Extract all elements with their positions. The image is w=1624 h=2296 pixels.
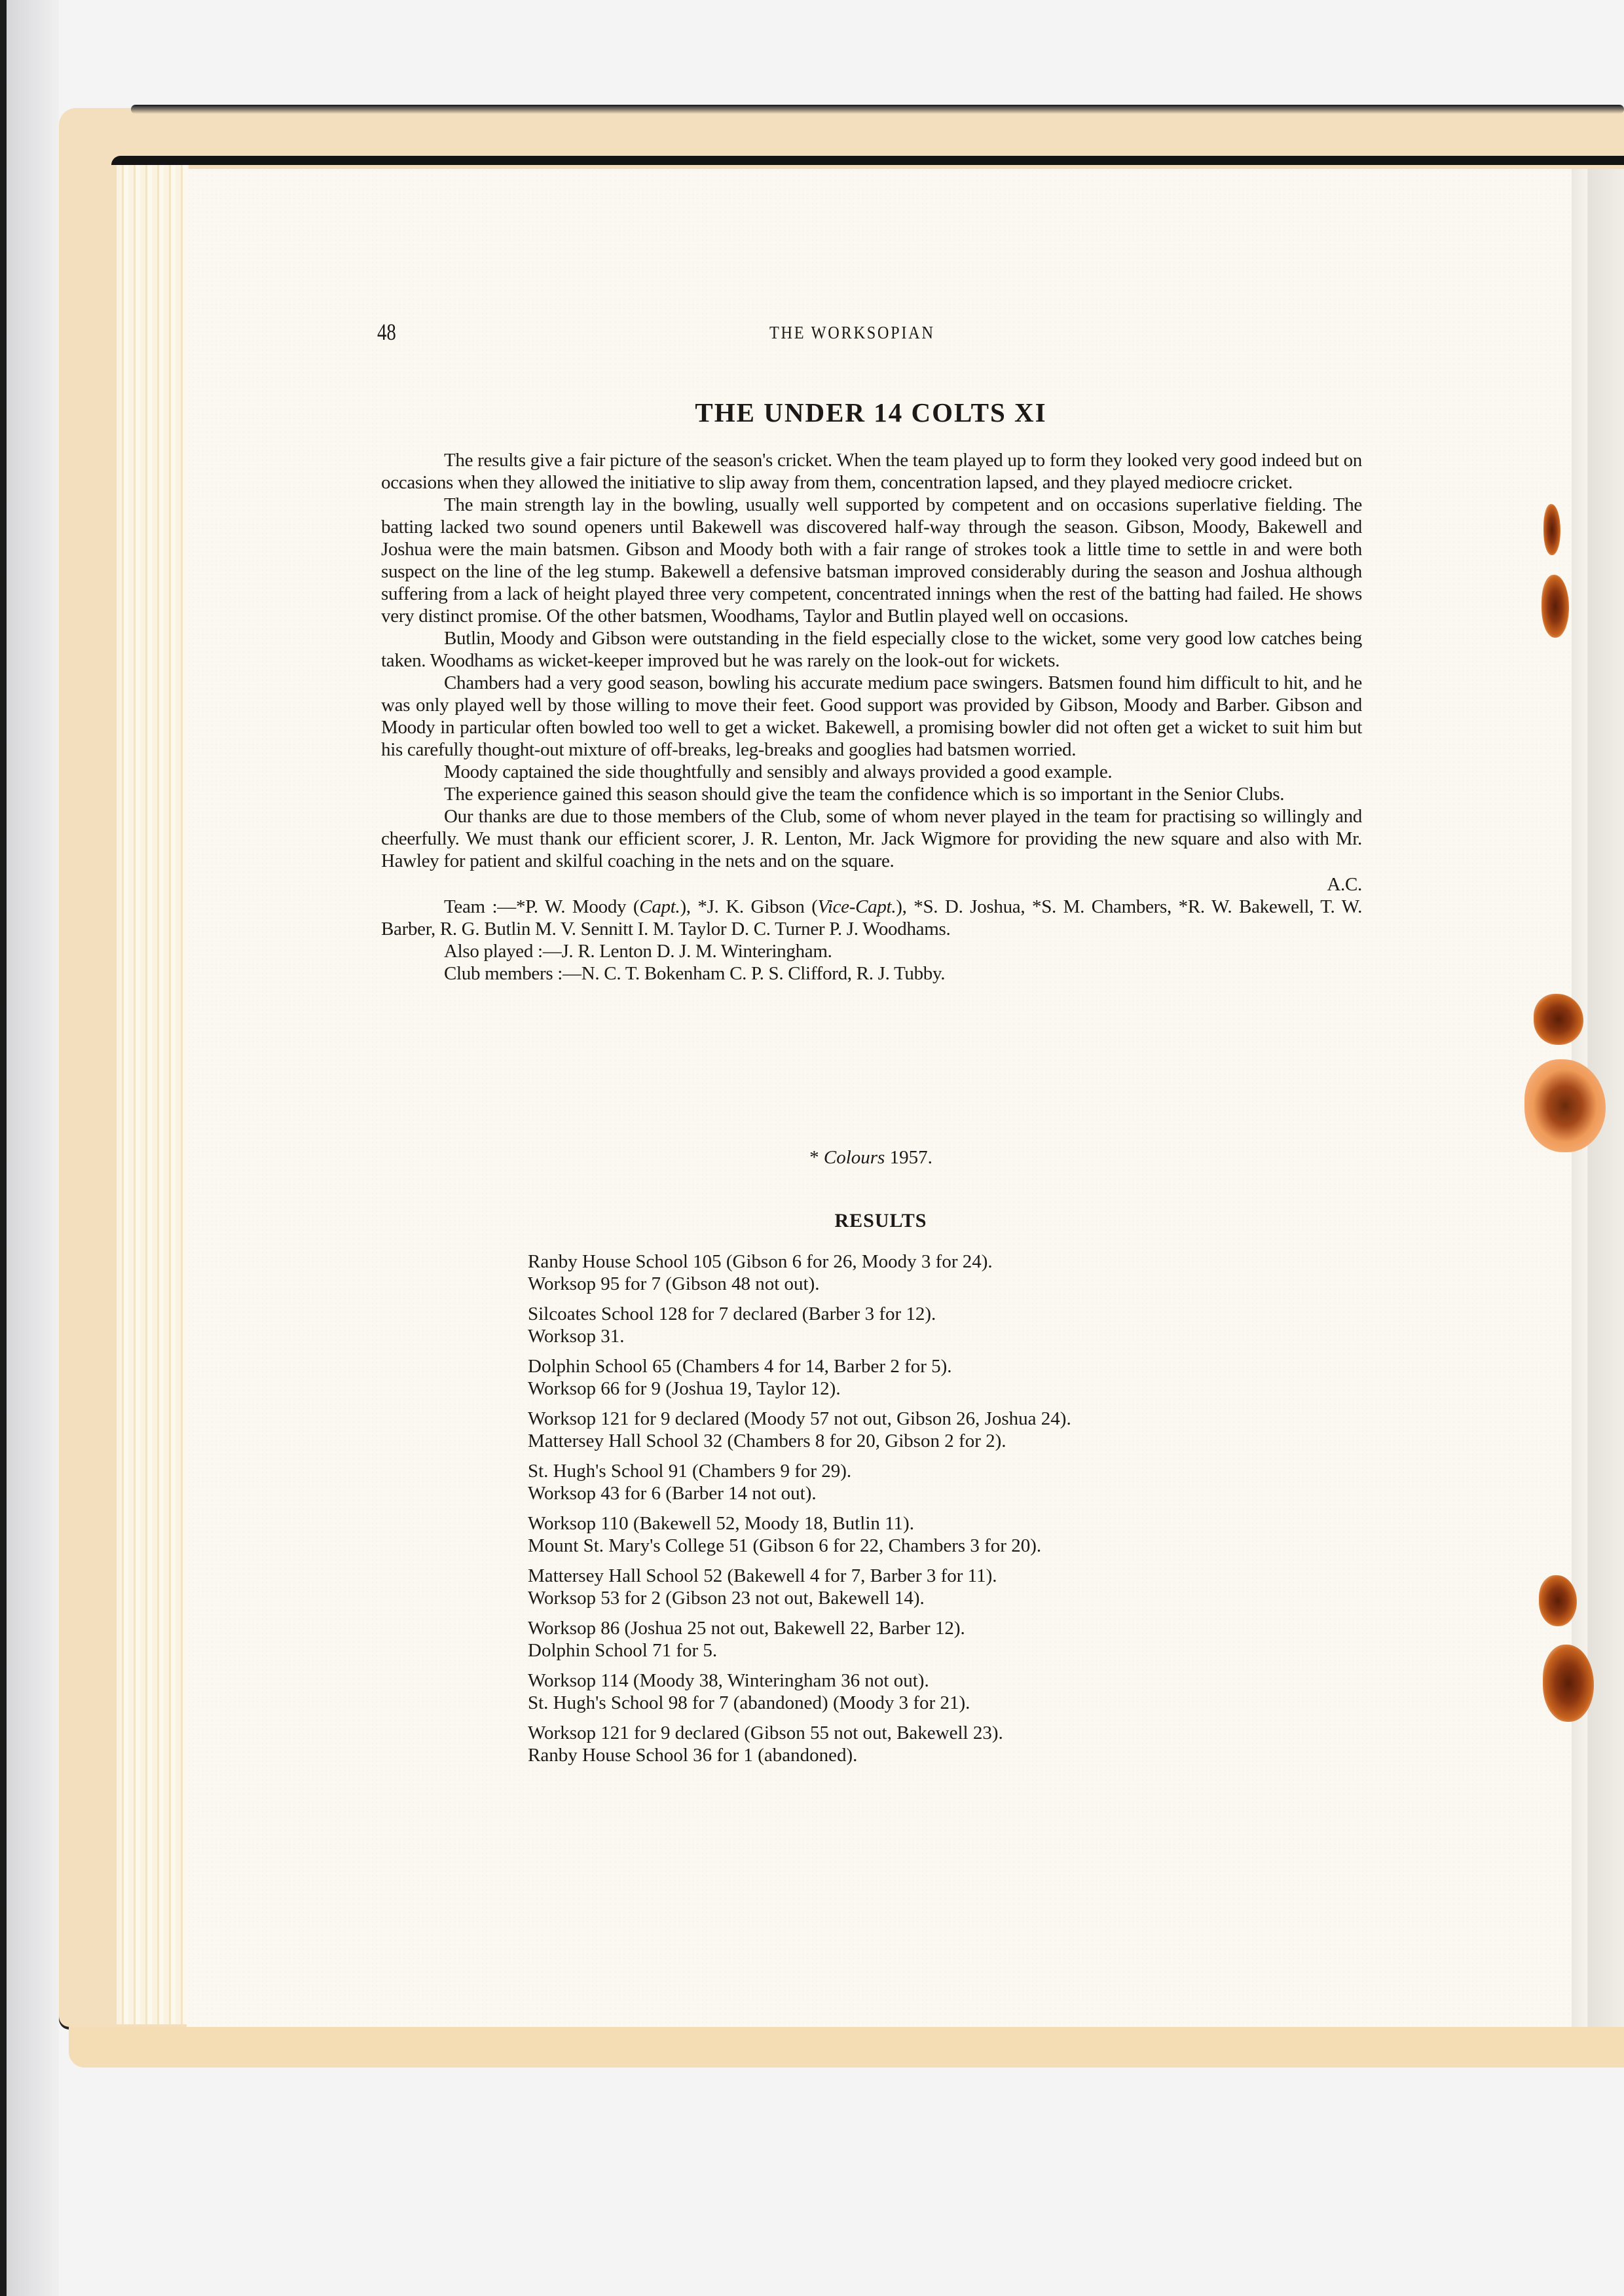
cover-inner-shadow (111, 156, 1624, 165)
match-result: Worksop 121 for 9 declared (Gibson 55 no… (528, 1722, 1379, 1766)
vice-captain-label: Vice-Capt. (818, 896, 896, 917)
results-heading: RESULTS (0, 1210, 1624, 1232)
results-list: Ranby House School 105 (Gibson 6 for 26,… (528, 1250, 1379, 1774)
paragraph: Our thanks are due to those members of t… (381, 805, 1362, 872)
match-result: Worksop 114 (Moody 38, Winteringham 36 n… (528, 1669, 1379, 1714)
cover-top-shadow (131, 105, 1624, 114)
article-body: The results give a fair picture of the s… (381, 449, 1362, 985)
ink-stain (1534, 994, 1583, 1045)
match-result: Silcoates School 128 for 7 declared (Bar… (528, 1303, 1379, 1347)
ink-stain (1543, 1645, 1594, 1722)
author-initials: A.C. (381, 873, 1362, 896)
paragraph: The results give a fair picture of the s… (381, 449, 1362, 494)
paragraph: Butlin, Moody and Gibson were outstandin… (381, 627, 1362, 672)
match-result: Worksop 110 (Bakewell 52, Moody 18, Butl… (528, 1512, 1379, 1557)
paragraph: Moody captained the side thoughtfully an… (381, 761, 1362, 783)
match-result: Worksop 86 (Joshua 25 not out, Bakewell … (528, 1617, 1379, 1662)
match-result: St. Hugh's School 91 (Chambers 9 for 29)… (528, 1460, 1379, 1504)
match-result: Worksop 121 for 9 declared (Moody 57 not… (528, 1408, 1379, 1452)
match-result: Dolphin School 65 (Chambers 4 for 14, Ba… (528, 1355, 1379, 1400)
paragraph: The main strength lay in the bowling, us… (381, 494, 1362, 627)
ink-stain (1539, 1575, 1577, 1626)
match-result: Mattersey Hall School 52 (Bakewell 4 for… (528, 1565, 1379, 1609)
ink-stain (1543, 504, 1560, 555)
ink-stain (1524, 1059, 1606, 1152)
team-list: Team :—*P. W. Moody (Capt.), *J. K. Gibs… (381, 896, 1362, 985)
page-number: 48 (377, 318, 396, 346)
running-head: THE WORKSOPIAN (769, 323, 935, 343)
colours-footnote: * Colours 1957. (0, 1147, 1624, 1169)
also-played: Also played :—J. R. Lenton D. J. M. Wint… (381, 940, 1362, 962)
club-members: Club members :—N. C. T. Bokenham C. P. S… (381, 962, 1362, 985)
ink-stain (1541, 575, 1569, 638)
paragraph: Chambers had a very good season, bowling… (381, 672, 1362, 761)
page-edges (117, 165, 189, 2024)
article-title: THE UNDER 14 COLTS XI (0, 397, 1624, 428)
paragraph: The experience gained this season should… (381, 783, 1362, 805)
team-members: Team :—*P. W. Moody (Capt.), *J. K. Gibs… (381, 896, 1362, 940)
match-result: Ranby House School 105 (Gibson 6 for 26,… (528, 1250, 1379, 1295)
book-cover-bottom (69, 2027, 1624, 2068)
captain-label: Capt. (639, 896, 680, 917)
